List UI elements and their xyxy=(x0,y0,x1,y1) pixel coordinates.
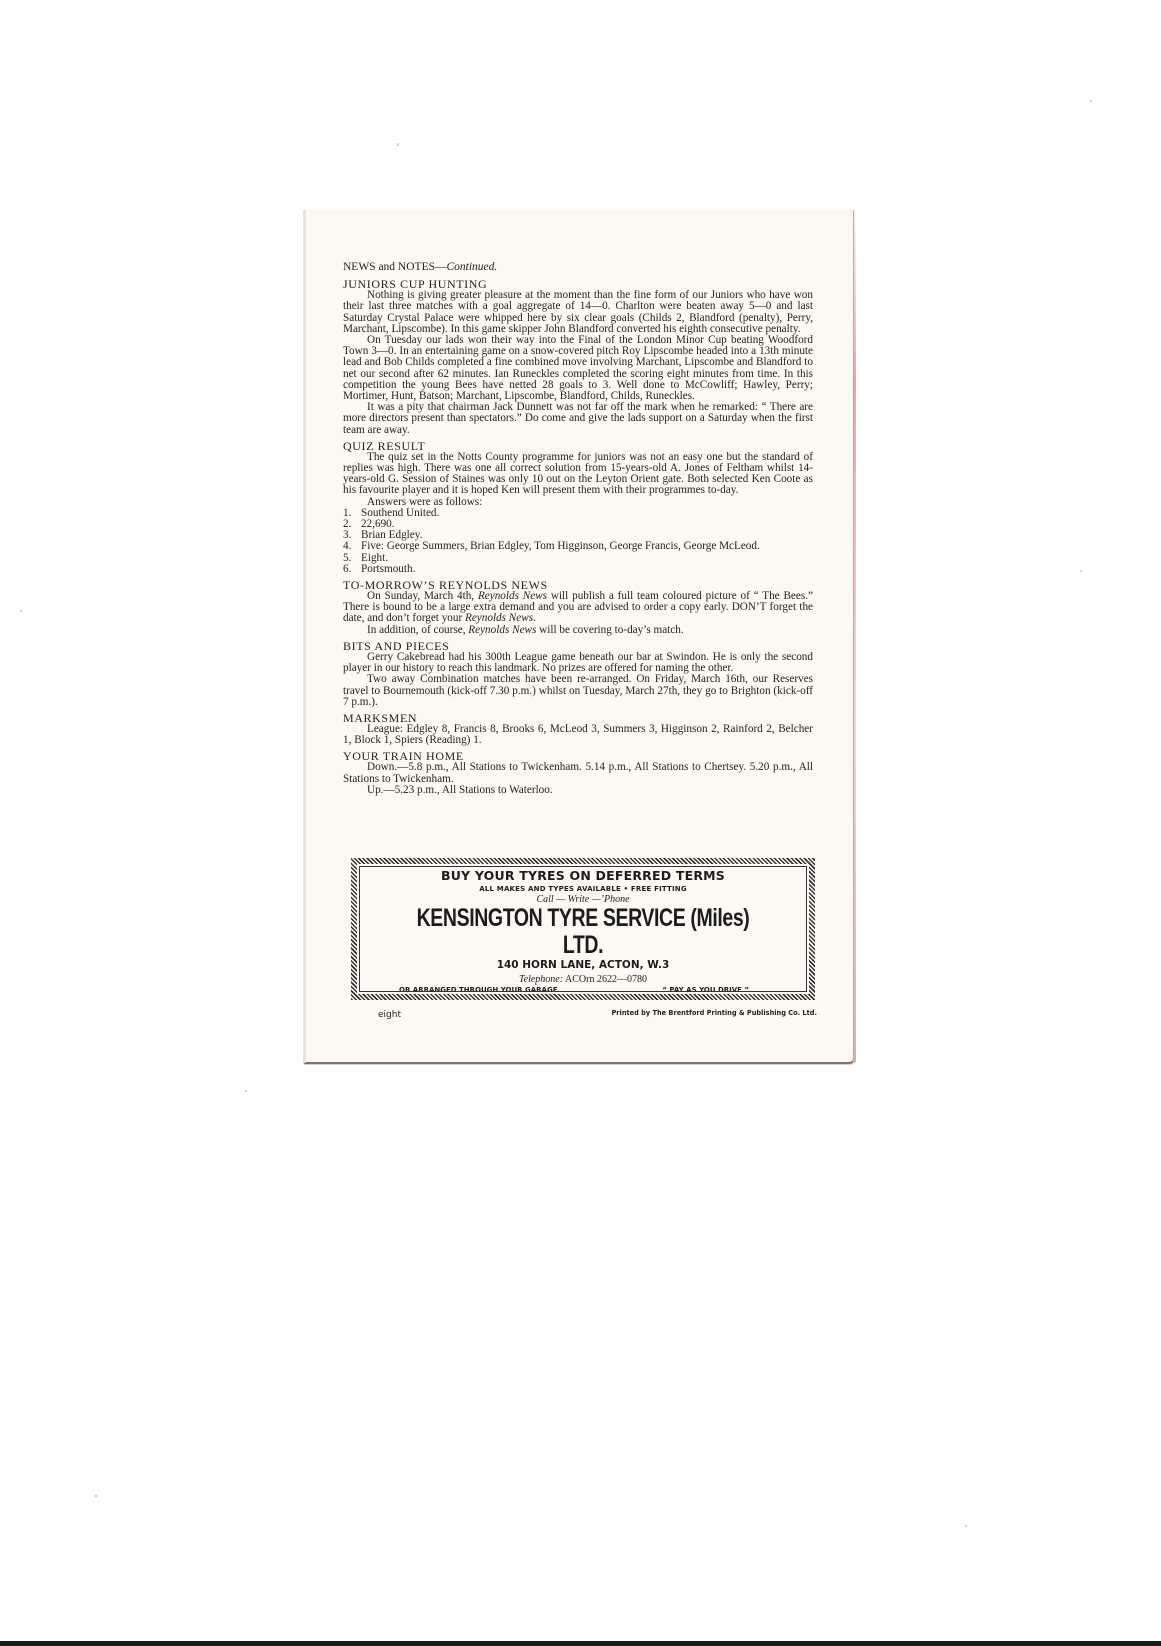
continued-header: NEWS and NOTES—Continued. xyxy=(343,262,813,273)
section-bits-and-pieces: BITS AND PIECES Gerry Cakebread had his … xyxy=(343,640,813,708)
paragraph: Down.—5.8 p.m., All Stations to Twickenh… xyxy=(343,762,813,784)
paragraph: Two away Combination matches have been r… xyxy=(343,674,813,708)
scan-speck xyxy=(20,610,22,612)
paragraph: On Sunday, March 4th, Reynolds News will… xyxy=(343,591,813,625)
advert-company: KENSINGTON TYRE SERVICE (Miles) LTD. xyxy=(407,905,760,959)
programme-page: NEWS and NOTES—Continued. JUNIORS CUP HU… xyxy=(303,210,855,1064)
page-content: NEWS and NOTES—Continued. JUNIORS CUP HU… xyxy=(343,262,813,796)
paragraph: Nothing is giving greater pleasure at th… xyxy=(343,290,813,335)
quiz-answers-list: 1.Southend United. 2.22,690. 3.Brian Edg… xyxy=(343,508,813,575)
section-reynolds-news: TO-MORROW’S REYNOLDS NEWS On Sunday, Mar… xyxy=(343,579,813,636)
list-item: 6.Portsmouth. xyxy=(343,564,813,575)
paragraph: In addition, of course, Reynolds News wi… xyxy=(343,625,813,636)
pencil-mark: ‘ xyxy=(396,140,400,154)
page-number: eight xyxy=(378,1010,401,1020)
section-marksmen: MARKSMEN League: Edgley 8, Francis 8, Br… xyxy=(343,712,813,746)
scan-speck xyxy=(95,1495,97,1497)
scan-speck xyxy=(965,1525,967,1527)
scan-speck xyxy=(245,1090,247,1092)
paragraph: League: Edgley 8, Francis 8, Brooks 6, M… xyxy=(343,724,813,746)
paragraph: On Tuesday our lads won their way into t… xyxy=(343,335,813,402)
paragraph: The quiz set in the Notts County program… xyxy=(343,452,813,497)
tyre-service-advert: BUY YOUR TYRES ON DEFERRED TERMS ALL MAK… xyxy=(351,858,815,1000)
paragraph: It was a pity that chairman Jack Dunnett… xyxy=(343,402,813,436)
list-item: 1.Southend United. xyxy=(343,508,813,519)
section-quiz-result: QUIZ RESULT The quiz set in the Notts Co… xyxy=(343,440,813,575)
page-edge-mark xyxy=(854,210,856,1062)
printer-credit: Printed by The Brentford Printing & Publ… xyxy=(611,1009,817,1017)
scan-speck xyxy=(1090,100,1092,102)
section-juniors-cup-hunting: JUNIORS CUP HUNTING Nothing is giving gr… xyxy=(343,278,813,436)
scan-edge-bar xyxy=(0,1641,1161,1646)
section-train-home: YOUR TRAIN HOME Down.—5.8 p.m., All Stat… xyxy=(343,750,813,796)
paragraph: Up.—5.23 p.m., All Stations to Waterloo. xyxy=(343,785,813,796)
list-item: 4.Five: George Summers, Brian Edgley, To… xyxy=(343,541,813,552)
paragraph: Gerry Cakebread had his 300th League gam… xyxy=(343,652,813,674)
scan-speck xyxy=(1080,570,1082,572)
